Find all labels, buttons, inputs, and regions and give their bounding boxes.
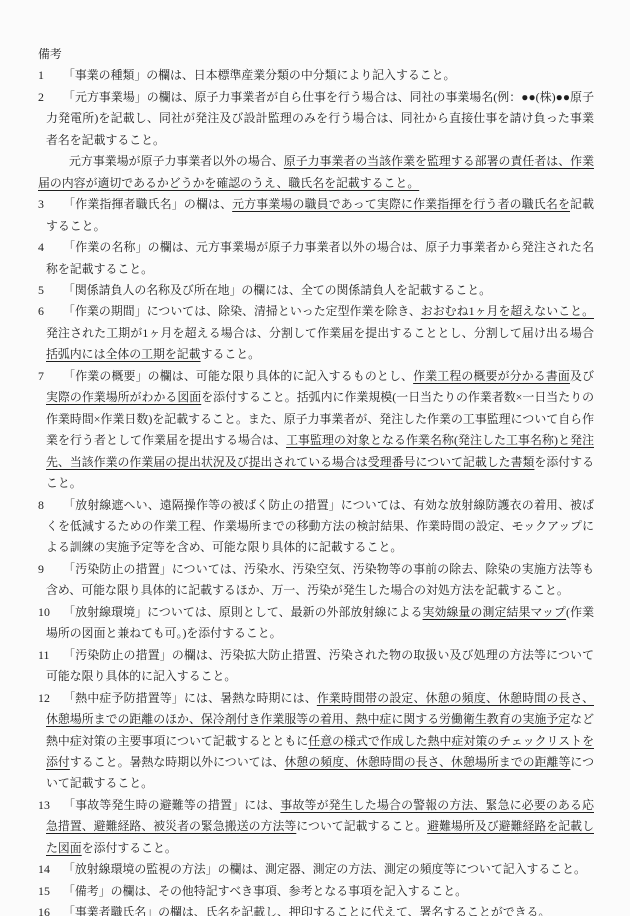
remark-item: 14「放射線環境の監視の方法」の欄は、測定器、測定の方法、測定の頻度等について記…: [38, 859, 594, 880]
item-number: 10: [38, 602, 63, 623]
underlined-text: 実効線量の測定結果マップ: [423, 605, 567, 619]
remark-item: 8「放射線遮へい、遠隔操作等の被ばく防止の措置」については、有効な放射線防護衣の…: [38, 495, 594, 559]
text-segment: 「作業の概要」の欄は、可能な限り具体的に記入するものとし、: [63, 369, 413, 383]
remark-item: 3「作業指揮者職氏名」の欄は、元方事業場の職員であって実際に作業指揮を行う者の職…: [38, 194, 594, 237]
text-segment: 「備考」の欄は、その他特記すべき事項、参考となる事項を記入すること。: [63, 884, 467, 898]
text-segment: 「作業指揮者職氏名」の欄は、: [63, 197, 232, 211]
underlined-text: おおむね1ヶ月を超えないこと。: [421, 304, 594, 318]
text-segment: について記載すること。: [296, 819, 427, 833]
text-segment: 「放射線遮へい、遠隔操作等の被ばく防止の措置」については、有効な放射線防護衣の着…: [46, 498, 594, 555]
item-number: 16: [38, 902, 63, 916]
text-segment: 「関係請負人の名称及び所在地」の欄には、全ての関係請負人を記載すること。: [63, 283, 491, 297]
remark-item: 6「作業の期間」については、除染、清掃といった定型作業を除き、おおむね1ヶ月を超…: [38, 301, 594, 365]
item-number: 15: [38, 881, 63, 902]
remark-item: 7「作業の概要」の欄は、可能な限り具体的に記入するものとし、作業工程の概要が分か…: [38, 366, 594, 495]
item-number: 7: [38, 366, 63, 387]
remark-item: 15「備考」の欄は、その他特記すべき事項、参考となる事項を記入すること。: [38, 881, 594, 902]
item-number: 8: [38, 495, 63, 516]
item-number: 14: [38, 859, 63, 880]
text-segment: 「作業の名称」の欄は、元方事業場が原子力事業者以外の場合は、原子力事業者から発注…: [46, 240, 594, 275]
underlined-text: 作業工程の概要が分かる書面: [413, 369, 570, 383]
document-page: 備考 1「事業の種類」の欄は、日本標準産業分類の中分類により記入すること。2「元…: [0, 0, 630, 916]
remark-item: 11「汚染防止の措置」の欄は、汚染拡大防止措置、汚染された物の取扱い及び処理の方…: [38, 645, 594, 688]
remark-item: 元方事業場が原子力事業者以外の場合、原子力事業者の当該作業を監理する部署の責任者…: [38, 151, 594, 194]
item-number: 6: [38, 301, 63, 322]
remark-item: 9「汚染防止の措置」については、汚染水、汚染空気、汚染物等の事前の除去、除染の実…: [38, 559, 594, 602]
text-segment: 「事業者職氏名」の欄は、氏名を記載し、押印することに代えて、署名することができる…: [63, 905, 550, 916]
item-number: 11: [38, 645, 63, 666]
text-segment: 「汚染防止の措置」については、汚染水、汚染空気、汚染物等の事前の除去、除染の実施…: [46, 562, 594, 597]
text-segment: 「放射線環境」については、原則として、最新の外部放射線による: [63, 605, 423, 619]
text-segment: 「事業の種類」の欄は、日本標準産業分類の中分類により記入すること。: [63, 68, 455, 82]
item-number: 2: [38, 87, 63, 108]
text-segment: 発注された工期が1ヶ月を超える場合は、分割して作業届を提出することとし、分割して…: [46, 326, 594, 340]
remark-item: 4「作業の名称」の欄は、元方事業場が原子力事業者以外の場合は、原子力事業者から発…: [38, 237, 594, 280]
item-number: 5: [38, 280, 63, 301]
text-segment: 「作業の期間」については、除染、清掃といった定型作業を除き、: [63, 304, 421, 318]
underlined-text: 休憩の頻度、休憩時間の長さ、休憩場所までの距離等: [284, 755, 570, 769]
item-number: 13: [38, 795, 63, 816]
text-segment: 「熱中症予防措置等」には、暑熱な時期には、: [63, 691, 317, 705]
remark-item: 5「関係請負人の名称及び所在地」の欄には、全ての関係請負人を記載すること。: [38, 280, 594, 301]
item-number: 3: [38, 194, 63, 215]
remarks-list: 1「事業の種類」の欄は、日本標準産業分類の中分類により記入すること。2「元方事業…: [38, 65, 594, 916]
text-segment: 「元方事業場」の欄は、原子力事業者が自ら仕事を行う場合は、同社の事業場名(例：●…: [46, 90, 594, 147]
text-segment: 元方事業場が原子力事業者以外の場合、: [69, 154, 284, 168]
item-number: 9: [38, 559, 63, 580]
text-segment: すること。: [201, 347, 260, 361]
remark-item: 2「元方事業場」の欄は、原子力事業者が自ら仕事を行う場合は、同社の事業場名(例：…: [38, 87, 594, 151]
item-number: 12: [38, 688, 63, 709]
text-segment: 「事故等発生時の避難等の措置」には、: [63, 798, 280, 812]
underlined-text: 括弧内には全体の工期を記載: [46, 347, 201, 361]
text-segment: を添付すること。: [82, 841, 177, 855]
text-segment: 「汚染防止の措置」の欄は、汚染拡大防止措置、汚染された物の取扱い及び処理の方法等…: [46, 648, 594, 683]
underlined-text: 実際の作業場所がわかる図面: [46, 390, 201, 404]
remark-item: 13「事故等発生時の避難等の措置」には、事故等が発生した場合の警報の方法、緊急に…: [38, 795, 594, 859]
item-number: 4: [38, 237, 63, 258]
page-title: 備考: [38, 44, 594, 65]
remark-item: 16「事業者職氏名」の欄は、氏名を記載し、押印することに代えて、署名することがで…: [38, 902, 594, 916]
remark-item: 12「熱中症予防措置等」には、暑熱な時期には、作業時間帯の設定、休憩の頻度、休憩…: [38, 688, 594, 795]
text-segment: 及び: [570, 369, 594, 383]
item-number: 1: [38, 65, 63, 86]
text-segment: すること。暑熱な時期以外については、: [70, 755, 285, 769]
text-segment: 「放射線環境の監視の方法」の欄は、測定器、測定の方法、測定の頻度等について記入す…: [63, 862, 586, 876]
remark-item: 1「事業の種類」の欄は、日本標準産業分類の中分類により記入すること。: [38, 65, 594, 86]
remark-item: 10「放射線環境」については、原則として、最新の外部放射線による実効線量の測定結…: [38, 602, 594, 645]
underlined-text: 元方事業場の職員であって実際に作業指揮を行う者の職氏名を: [232, 197, 570, 211]
